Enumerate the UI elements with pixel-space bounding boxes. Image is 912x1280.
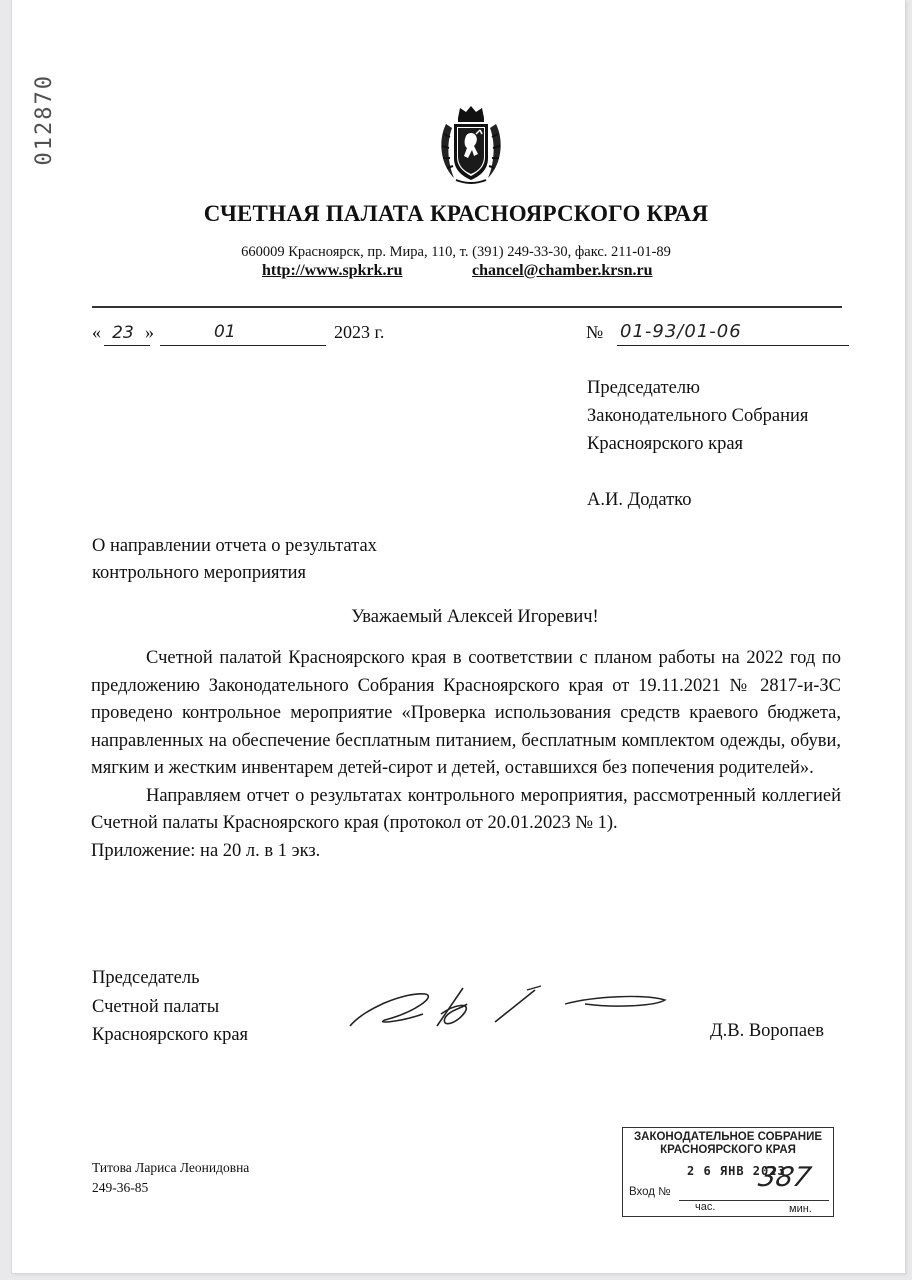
addressee-line: Председателю [587, 374, 808, 402]
signer-position-line: Счетной палаты [92, 993, 248, 1022]
addressee-block: Председателю Законодательного Собрания К… [587, 374, 808, 514]
addressee-line: Красноярского края [587, 430, 808, 458]
letter-body: Счетной палатой Красноярского края в соо… [91, 645, 841, 865]
coat-of-arms-icon [436, 104, 506, 188]
body-paragraph: Направляем отчет о результатах контрольн… [91, 783, 841, 838]
date-close-quote: » [145, 322, 154, 342]
stamp-minutes-label: мин. [789, 1203, 812, 1215]
outgoing-number-label: № [586, 322, 603, 343]
handwritten-signature-icon [345, 978, 675, 1038]
stamp-org-line: КРАСНОЯРСКОГО КРАЯ [623, 1144, 833, 1156]
stamp-incoming-label: Вход № [629, 1186, 671, 1198]
signer-position-line: Председатель [92, 964, 248, 993]
document-date: «23» [92, 322, 154, 343]
signer-position-line: Красноярского края [92, 1021, 248, 1050]
document-page [12, 0, 905, 1273]
organization-website-link[interactable]: http://www.spkrk.ru [262, 262, 402, 280]
addressee-line: Законодательного Собрания [587, 402, 808, 430]
body-paragraph: Счетной палатой Красноярского края в соо… [91, 645, 841, 783]
subject-line: контрольного мероприятия [92, 560, 377, 587]
outgoing-number-value: 01-93/01-06 [620, 321, 742, 342]
date-month-underline [160, 345, 326, 346]
date-year: 2023 г. [334, 322, 384, 343]
organization-email-link[interactable]: chancel@chamber.krsn.ru [472, 262, 653, 280]
executor-phone: 249-36-85 [92, 1178, 249, 1198]
executor-info: Титова Лариса Леонидовна 249-36-85 [92, 1158, 249, 1198]
stamp-incoming-number: 387 [756, 1162, 814, 1193]
signer-position: Председатель Счетной палаты Красноярског… [92, 964, 248, 1050]
executor-name: Титова Лариса Леонидовна [92, 1158, 249, 1178]
date-day-underline [104, 345, 150, 346]
date-month: 01 [214, 322, 236, 342]
stamp-org-line: ЗАКОНОДАТЕЛЬНОЕ СОБРАНИЕ [623, 1131, 833, 1143]
date-open-quote: « [92, 322, 101, 342]
subject-block: О направлении отчета о результатах контр… [92, 533, 377, 587]
organization-address: 660009 Красноярск, пр. Мира, 110, т. (39… [0, 244, 912, 261]
signer-name: Д.В. Воропаев [710, 1021, 824, 1042]
header-divider [92, 306, 842, 308]
date-day: 23 [101, 323, 145, 343]
salutation: Уважаемый Алексей Игоревич! [0, 607, 912, 628]
outgoing-number-underline [617, 345, 849, 346]
stamp-hours-label: час. [695, 1201, 715, 1213]
incoming-registration-stamp: ЗАКОНОДАТЕЛЬНОЕ СОБРАНИЕ КРАСНОЯРСКОГО К… [622, 1127, 834, 1217]
subject-line: О направлении отчета о результатах [92, 533, 377, 560]
registration-number: 012870 [32, 74, 57, 165]
attachment-note: Приложение: на 20 л. в 1 экз. [91, 838, 841, 866]
addressee-name: А.И. Додатко [587, 486, 808, 514]
organization-title: СЧЕТНАЯ ПАЛАТА КРАСНОЯРСКОГО КРАЯ [0, 201, 912, 227]
